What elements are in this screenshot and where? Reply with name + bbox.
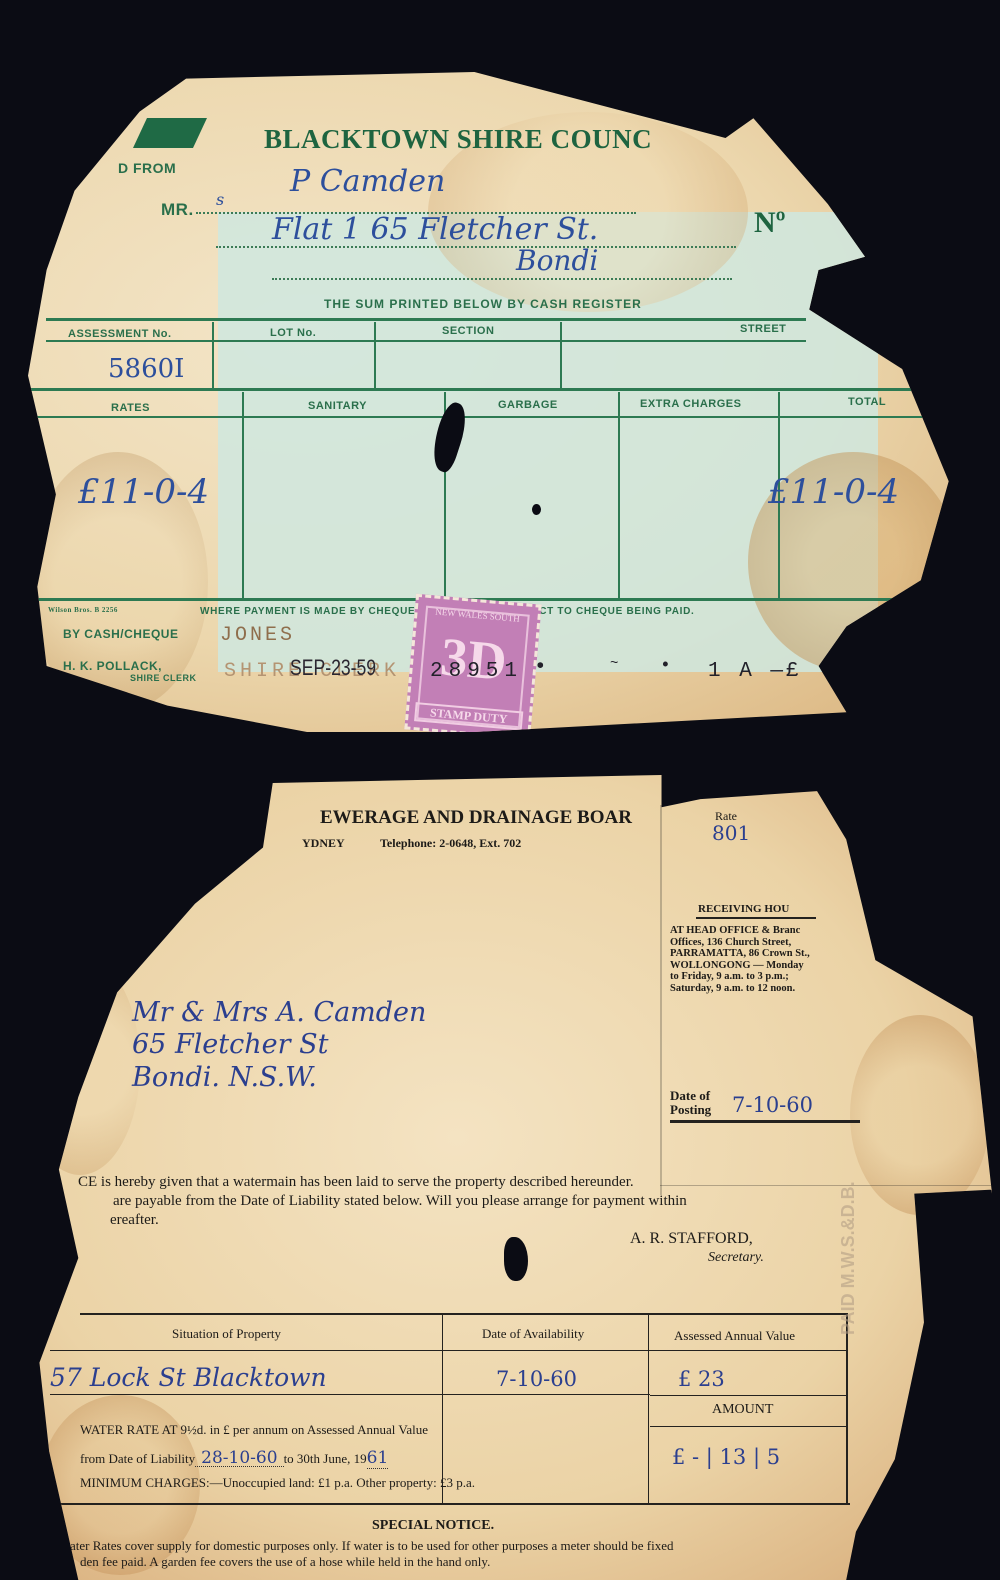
addressee-line2: 65 Fletcher St [132, 1029, 328, 1060]
mr-label: MR. [161, 200, 194, 220]
header-total: TOTAL [848, 396, 886, 408]
liability-line: from Date of Liability28-10-60to 30th Ju… [80, 1448, 388, 1468]
addressee-line1: Mr & Mrs A. Camden [132, 997, 426, 1028]
header-situation-of-property: Situation of Property [172, 1326, 281, 1342]
receiving-hours-title: RECEIVING HOU [698, 903, 789, 915]
payer-name: P Camden [290, 164, 445, 199]
notice-text-line1: CE is hereby given that a watermain has … [78, 1174, 634, 1191]
minimum-charges: MINIMUM CHARGES:—Unoccupied land: £1 p.a… [80, 1475, 475, 1491]
per-label: R. [68, 706, 78, 716]
date-of-posting-label: Date of Posting [670, 1089, 711, 1117]
header-lot-no: LOT No. [270, 327, 316, 339]
payer-address-line1: Flat 1 65 Fletcher St. [272, 212, 598, 247]
clerk-title: SHIRE CLERK [130, 673, 197, 683]
header-assessment-no: ASSESSMENT No. [68, 328, 172, 340]
special-notice-line1: ater Rates cover supply for domestic pur… [70, 1538, 674, 1554]
notice-text-line2: are payable from the Date of Liability s… [113, 1193, 687, 1210]
header-street: STREET [740, 323, 786, 335]
stamp-name: JONES [220, 624, 295, 647]
notice-text-line3: ereafter. [110, 1212, 159, 1229]
register-code-4: 1 A —£ [708, 660, 802, 683]
header-assessed-annual-value: Assessed Annual Value [674, 1328, 795, 1344]
received-from-label: D FROM [118, 160, 176, 176]
signatory-name: A. R. STAFFORD, [630, 1230, 753, 1248]
amount-label: AMOUNT [712, 1402, 773, 1418]
header-date-of-availability: Date of Availability [482, 1326, 584, 1342]
assessment-number: 5860I [108, 354, 184, 384]
printer-mark: Wilson Bros. B 2256 [48, 606, 118, 614]
water-rate-line: WATER RATE AT 9½d. in £ per annum on Ass… [80, 1422, 428, 1438]
receipt-number-label: Nº [754, 206, 786, 240]
receiving-hours-text: AT HEAD OFFICE & Branc Offices, 136 Chur… [670, 925, 860, 994]
council-logo-corner [133, 118, 207, 148]
register-code-3: • [660, 656, 677, 676]
paper-hole [532, 504, 541, 515]
register-code-1: • [534, 656, 553, 679]
property-situation: 57 Lock St Blacktown [50, 1363, 327, 1392]
register-number: 28951 [430, 660, 523, 683]
date-stamp: SEP-23-59 [290, 655, 376, 681]
sum-printed-label: THE SUM PRINTED BELOW BY CASH REGISTER [324, 297, 642, 311]
rates-amount: £11-0-4 [78, 472, 209, 512]
council-rates-receipt: BLACKTOWN SHIRE COUNC D FROM MR. s P Cam… [28, 72, 958, 732]
amount-value: £ - | 13 | 5 [672, 1445, 780, 1469]
assessed-annual-value: £ 23 [678, 1367, 725, 1391]
addressee-line3: Bondi. N.S.W. [132, 1062, 317, 1093]
board-telephone: Telephone: 2-0648, Ext. 702 [380, 836, 521, 851]
rate-value: 801 [712, 821, 750, 845]
register-code-2: ~ [610, 656, 624, 672]
mr-suffix: s [216, 190, 224, 209]
paid-stamp: PAID M.W.S.&D.B. [838, 1181, 859, 1335]
payer-address-line2: Bondi [516, 244, 598, 277]
paper-hole [504, 1237, 528, 1281]
liability-date: 28-10-60 [195, 1451, 283, 1467]
header-sanitary: SANITARY [308, 400, 367, 412]
header-section: SECTION [442, 325, 494, 337]
header-garbage: GARBAGE [498, 399, 558, 411]
clerk-name: H. K. POLLACK, [63, 659, 162, 673]
water-rates-notice: EWERAGE AND DRAINAGE BOAR YDNEY Telephon… [20, 775, 992, 1580]
special-notice-title: SPECIAL NOTICE. [372, 1518, 494, 1534]
header-extra-charges: EXTRA CHARGES [640, 398, 741, 410]
special-notice-line2: den fee paid. A garden fee covers the us… [80, 1554, 490, 1570]
date-of-posting: 7-10-60 [732, 1093, 813, 1117]
board-name: EWERAGE AND DRAINAGE BOAR [320, 807, 632, 829]
board-city: YDNEY [302, 836, 345, 851]
liability-year: 61 [367, 1448, 389, 1469]
header-rates: RATES [111, 402, 150, 414]
water-stain [20, 955, 140, 1175]
total-amount: £11-0-4 [768, 472, 899, 512]
signatory-title: Secretary. [708, 1250, 764, 1266]
council-name: BLACKTOWN SHIRE COUNC [264, 124, 652, 155]
date-of-availability: 7-10-60 [496, 1367, 577, 1391]
by-cash-cheque-label: BY CASH/CHEQUE [63, 627, 178, 641]
